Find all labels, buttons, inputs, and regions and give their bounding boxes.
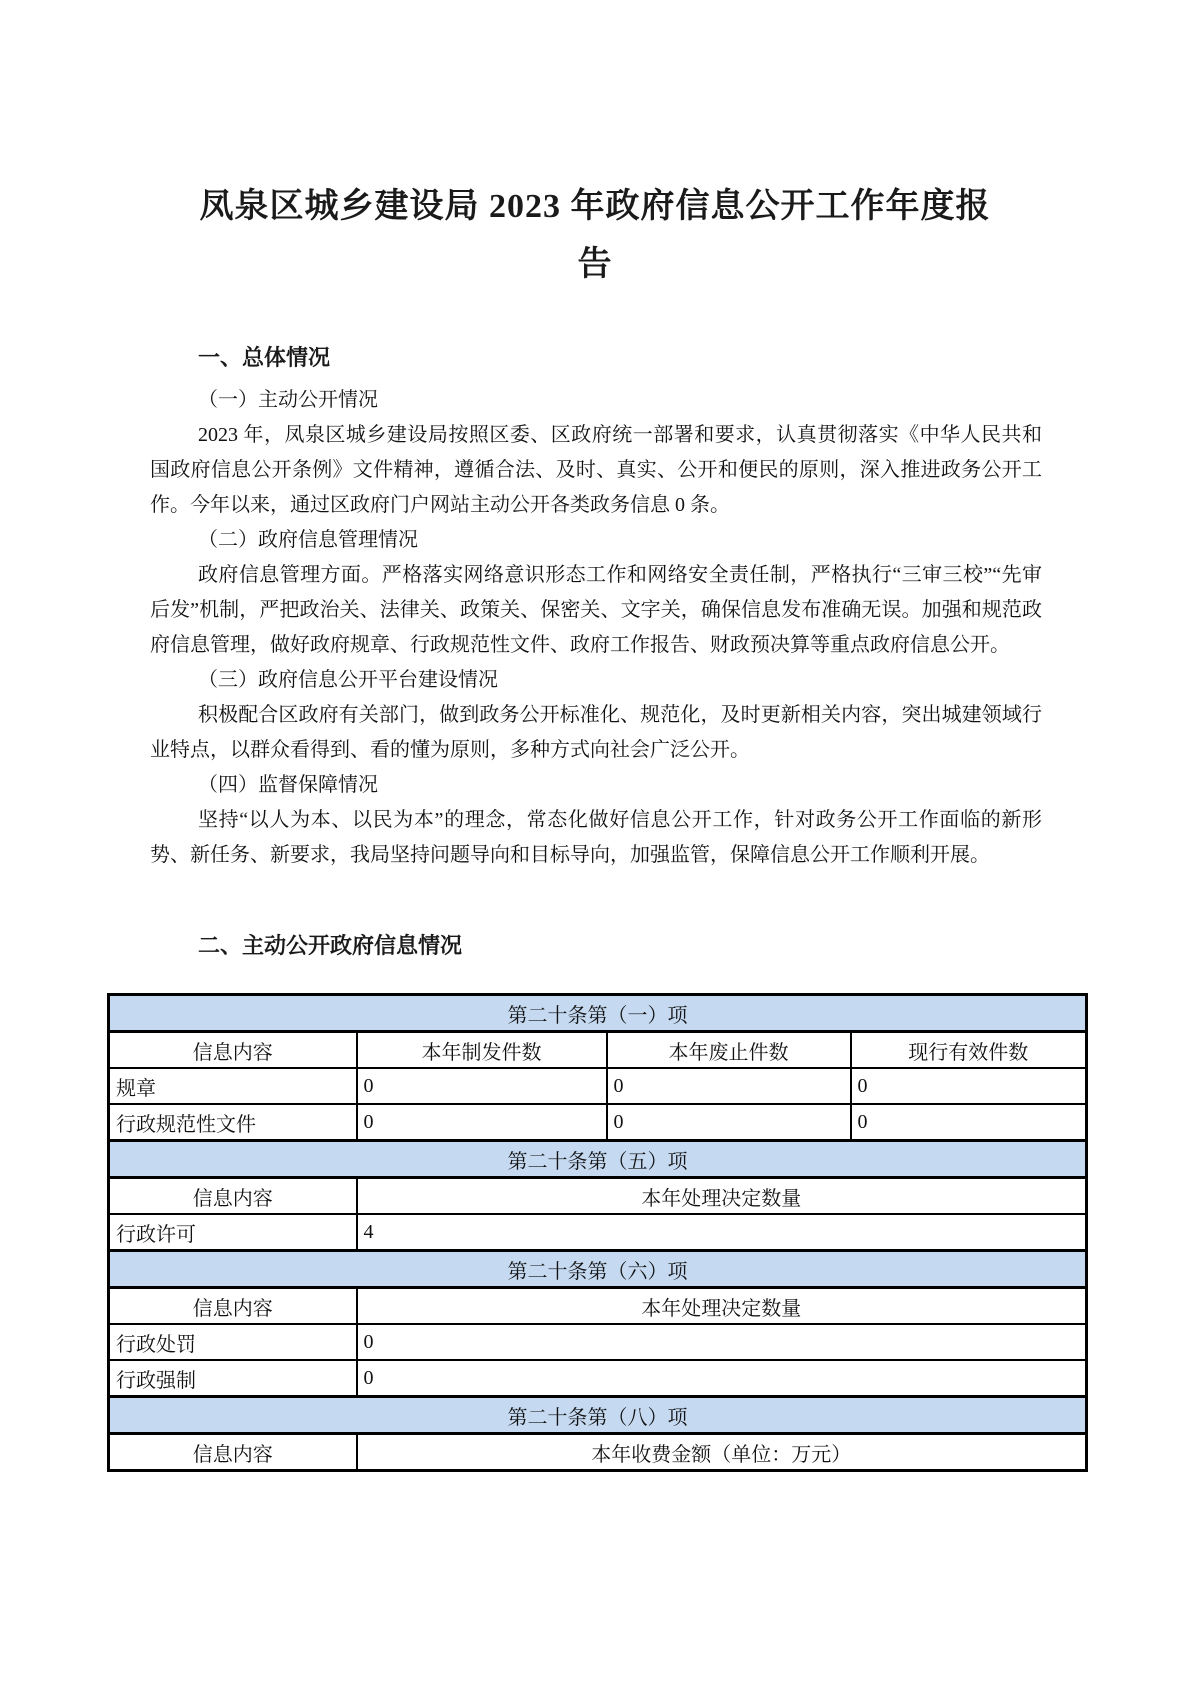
cell-value: 0 bbox=[607, 1104, 851, 1141]
column-header-info-content: 信息内容 bbox=[109, 1032, 357, 1069]
table-section-2-header-row: 信息内容 本年处理决定数量 bbox=[109, 1178, 1087, 1215]
table-row: 行政许可 4 bbox=[109, 1214, 1087, 1251]
table-section-4-title-row: 第二十条第（八）项 bbox=[109, 1397, 1087, 1434]
subsection-proactive-disclosure-text: 2023 年，凤泉区城乡建设局按照区委、区政府统一部署和要求，认真贯彻落实《中华… bbox=[150, 418, 1042, 523]
row-label-administrative-penalty: 行政处罚 bbox=[109, 1324, 357, 1360]
disclosure-statistics-table: 第二十条第（一）项 信息内容 本年制发件数 本年废止件数 现行有效件数 规章 0… bbox=[107, 993, 1088, 1472]
column-header-decision-count: 本年处理决定数量 bbox=[357, 1288, 1087, 1325]
subsection-supervision-guarantee-heading: （四）监督保障情况 bbox=[150, 768, 1042, 803]
cell-value: 0 bbox=[357, 1104, 607, 1141]
cell-value: 0 bbox=[851, 1104, 1087, 1141]
column-header-info-content: 信息内容 bbox=[109, 1288, 357, 1325]
table-section-4-title: 第二十条第（八）项 bbox=[109, 1397, 1087, 1434]
subsection-proactive-disclosure-heading: （一）主动公开情况 bbox=[150, 383, 1042, 418]
table-row: 行政处罚 0 bbox=[109, 1324, 1087, 1360]
table-section-1-title-row: 第二十条第（一）项 bbox=[109, 995, 1087, 1032]
cell-value: 0 bbox=[607, 1068, 851, 1104]
table-section-3-title: 第二十条第（六）项 bbox=[109, 1251, 1087, 1288]
subsection-platform-construction-heading: （三）政府信息公开平台建设情况 bbox=[150, 663, 1042, 698]
column-header-info-content: 信息内容 bbox=[109, 1434, 357, 1471]
table-section-3-title-row: 第二十条第（六）项 bbox=[109, 1251, 1087, 1288]
subsection-info-management-heading: （二）政府信息管理情况 bbox=[150, 523, 1042, 558]
table-row: 行政强制 0 bbox=[109, 1360, 1087, 1397]
cell-value: 0 bbox=[357, 1068, 607, 1104]
document-title-line-2: 告 bbox=[0, 236, 1190, 294]
table-row: 规章 0 0 0 bbox=[109, 1068, 1087, 1104]
column-header-repealed-count: 本年废止件数 bbox=[607, 1032, 851, 1069]
column-header-fee-amount: 本年收费金额（单位：万元） bbox=[357, 1434, 1087, 1471]
row-label-normative-documents: 行政规范性文件 bbox=[109, 1104, 357, 1141]
section-overall-heading: 一、总体情况 bbox=[150, 340, 1042, 375]
column-header-issued-count: 本年制发件数 bbox=[357, 1032, 607, 1069]
cell-value: 4 bbox=[357, 1214, 1087, 1251]
section-disclosure-heading: 二、主动公开政府信息情况 bbox=[150, 928, 1042, 963]
column-header-effective-count: 现行有效件数 bbox=[851, 1032, 1087, 1069]
table-section-1-header-row: 信息内容 本年制发件数 本年废止件数 现行有效件数 bbox=[109, 1032, 1087, 1069]
table-row: 行政规范性文件 0 0 0 bbox=[109, 1104, 1087, 1141]
table-section-1-title: 第二十条第（一）项 bbox=[109, 995, 1087, 1032]
body-text-block: 一、总体情况 （一）主动公开情况 2023 年，凤泉区城乡建设局按照区委、区政府… bbox=[150, 340, 1042, 963]
row-label-administrative-license: 行政许可 bbox=[109, 1214, 357, 1251]
document-page: 凤泉区城乡建设局 2023 年政府信息公开工作年度报 告 一、总体情况 （一）主… bbox=[0, 0, 1190, 1683]
cell-value: 0 bbox=[357, 1324, 1087, 1360]
subsection-info-management-text: 政府信息管理方面。严格落实网络意识形态工作和网络安全责任制，严格执行“三审三校”… bbox=[150, 558, 1042, 663]
table-section-3-header-row: 信息内容 本年处理决定数量 bbox=[109, 1288, 1087, 1325]
table-section-2-title: 第二十条第（五）项 bbox=[109, 1141, 1087, 1178]
document-title: 凤泉区城乡建设局 2023 年政府信息公开工作年度报 告 bbox=[0, 178, 1190, 294]
cell-value: 0 bbox=[851, 1068, 1087, 1104]
subsection-platform-construction-text: 积极配合区政府有关部门，做到政务公开标准化、规范化，及时更新相关内容，突出城建领… bbox=[150, 698, 1042, 768]
row-label-administrative-coercion: 行政强制 bbox=[109, 1360, 357, 1397]
document-title-line-1: 凤泉区城乡建设局 2023 年政府信息公开工作年度报 bbox=[0, 178, 1190, 236]
column-header-decision-count: 本年处理决定数量 bbox=[357, 1178, 1087, 1215]
table-section-2-title-row: 第二十条第（五）项 bbox=[109, 1141, 1087, 1178]
subsection-supervision-guarantee-text: 坚持“以人为本、以民为本”的理念，常态化做好信息公开工作，针对政务公开工作面临的… bbox=[150, 803, 1042, 873]
row-label-regulations: 规章 bbox=[109, 1068, 357, 1104]
cell-value: 0 bbox=[357, 1360, 1087, 1397]
column-header-info-content: 信息内容 bbox=[109, 1178, 357, 1215]
table-section-4-header-row: 信息内容 本年收费金额（单位：万元） bbox=[109, 1434, 1087, 1471]
